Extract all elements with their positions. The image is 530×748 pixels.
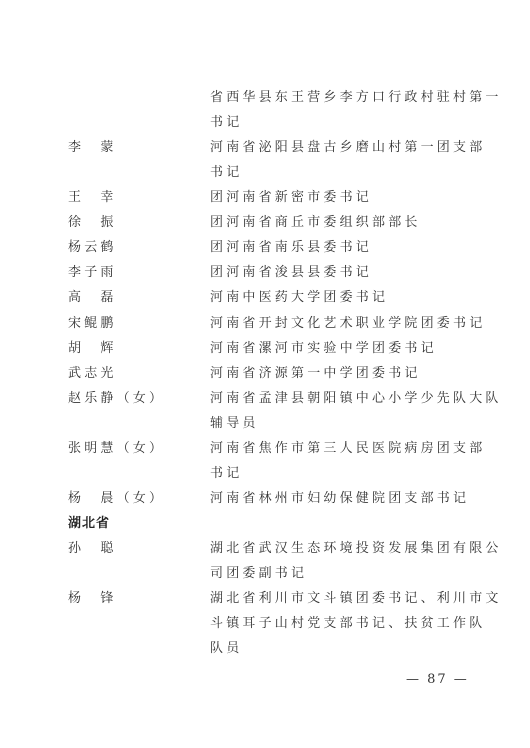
entry-description-line: 队员 (210, 641, 242, 657)
entry-description-line: 河南省开封文化艺术职业学院团委书记 (210, 316, 485, 332)
entry-description-line: 湖北省利川市文斗镇团委书记、利川市文 (210, 591, 502, 607)
entry-description-line: 书记 (210, 165, 242, 181)
entry-description-line: 书记 (210, 115, 242, 131)
page-number: — 87 — (406, 672, 469, 687)
entry-description-line: 团河南省南乐县委书记 (210, 240, 372, 256)
entry-description-line: 省西华县东王营乡李方口行政村驻村第一 (210, 90, 502, 106)
document-page: 省西华县东王营乡李方口行政村驻村第一 书记 李 蒙 河南省泌阳县盘古乡磨山村第一… (0, 0, 530, 748)
entry-name: 张明慧（女） (68, 441, 165, 457)
entry-name: 孙 聪 (68, 541, 117, 557)
entry-name: 李子雨 (68, 265, 117, 281)
entry-description-line: 河南省林州市妇幼保健院团支部书记 (210, 491, 469, 507)
entry-description-line: 河南省孟津县朝阳镇中心小学少先队大队 (210, 391, 502, 407)
entry-description-line: 辅导员 (210, 416, 259, 432)
entry-name: 王 幸 (68, 190, 117, 206)
entry-description-line: 团河南省浚县县委书记 (210, 265, 372, 281)
entry-description-line: 司团委副书记 (210, 566, 307, 582)
entry-description-line: 团河南省新密市委书记 (210, 190, 372, 206)
entry-name: 高 磊 (68, 290, 117, 306)
entry-name: 杨云鹤 (68, 240, 117, 256)
entry-description-line: 河南省泌阳县盘古乡磨山村第一团支部 (210, 140, 485, 156)
entry-description-line: 河南省焦作市第三人民医院病房团支部 (210, 441, 485, 457)
entry-description-line: 河南省济源第一中学团委书记 (210, 366, 421, 382)
province-heading: 湖北省 (68, 516, 110, 532)
entry-description-line: 团河南省商丘市委组织部部长 (210, 215, 421, 231)
entry-description-line: 河南省漯河市实验中学团委书记 (210, 341, 437, 357)
entry-description-line: 河南中医药大学团委书记 (210, 290, 388, 306)
entry-name: 胡 辉 (68, 341, 117, 357)
entry-name: 赵乐静（女） (68, 391, 165, 407)
entry-name: 徐 振 (68, 215, 117, 231)
entry-description-line: 湖北省武汉生态环境投资发展集团有限公 (210, 541, 502, 557)
entry-name: 李 蒙 (68, 140, 117, 156)
entry-description-line: 书记 (210, 466, 242, 482)
entry-description-line: 斗镇耳子山村党支部书记、扶贫工作队 (210, 616, 485, 632)
entry-name: 宋鲲鹏 (68, 316, 117, 332)
entry-name: 武志光 (68, 366, 117, 382)
entry-name: 杨 锋 (68, 591, 117, 607)
entry-name: 杨 晨（女） (68, 491, 165, 507)
